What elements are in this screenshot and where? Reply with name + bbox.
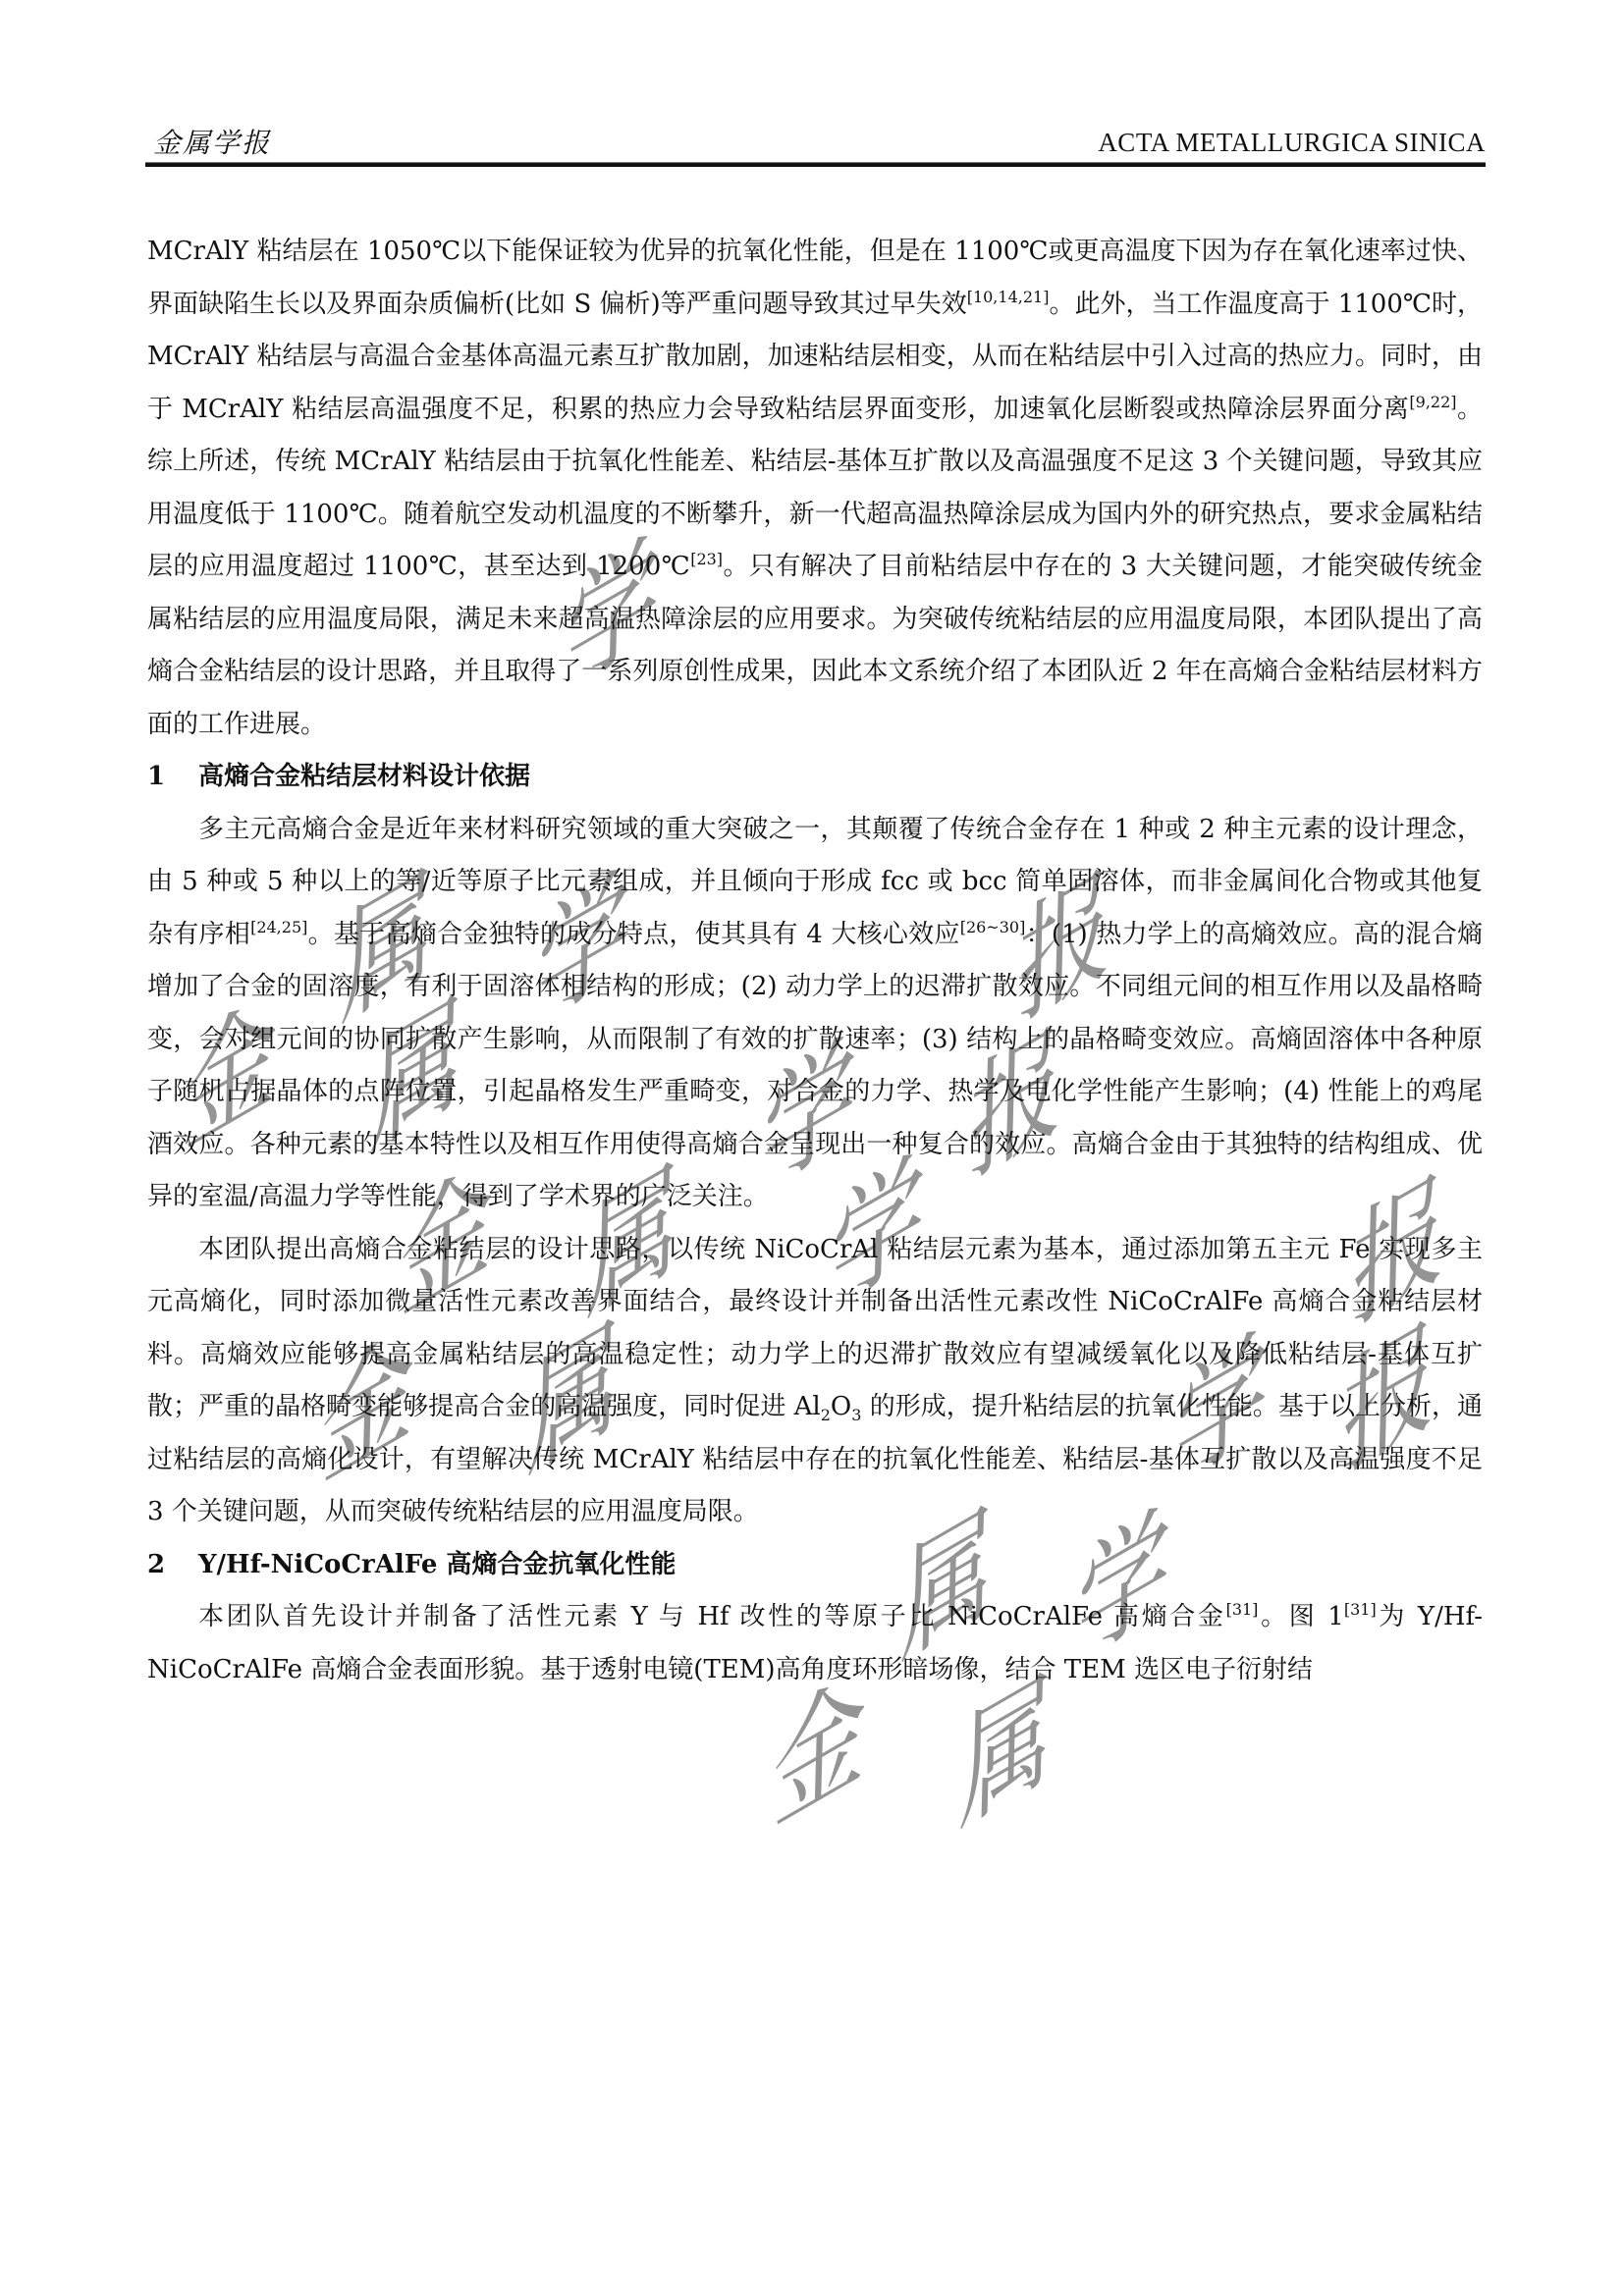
paragraph-text: 。基于高熵合金独特的成分特点，使其具有 4 大核心效应 (307, 920, 959, 949)
section-title: 高熵合金粘结层材料设计依据 (198, 762, 530, 791)
intro-paragraph: MCrAlY 粘结层在 1050℃以下能保证较为优异的抗氧化性能，但是在 110… (147, 226, 1483, 751)
section-number: 1 (147, 751, 198, 804)
section-title: Y/Hf-NiCoCrAlFe 高熵合金抗氧化性能 (198, 1550, 676, 1579)
citation[interactable]: [9,22] (1409, 393, 1456, 411)
paragraph-text: 。图 1 (1258, 1602, 1343, 1631)
section1-paragraph-2: 本团队提出高熵合金粘结层的设计思路，以传统 NiCoCrAl 粘结层元素为基本，… (147, 1224, 1483, 1539)
subscript: 3 (851, 1406, 861, 1424)
paragraph-text: ：(1) 热力学上的高熵效应。高的混合熵增加了合金的固溶度，有利于固溶体相结构的… (147, 920, 1483, 1212)
citation[interactable]: [31] (1344, 1600, 1377, 1619)
section-number: 2 (147, 1539, 198, 1592)
article-body: MCrAlY 粘结层在 1050℃以下能保证较为优异的抗氧化性能，但是在 110… (147, 226, 1483, 1696)
page-header: 金属学报 ACTA METALLURGICA SINICA (145, 118, 1486, 163)
paragraph-text: O (831, 1392, 851, 1421)
section1-paragraph-1: 多主元高熵合金是近年来材料研究领域的重大突破之一，其颠覆了传统合金存在 1 种或… (147, 804, 1483, 1224)
citation[interactable]: [23] (690, 550, 723, 568)
citation[interactable]: [10,14,21] (967, 288, 1050, 306)
paragraph-text: 本团队首先设计并制备了活性元素 Y 与 Hf 改性的等原子比 NiCoCrAlF… (198, 1602, 1226, 1631)
section-heading-2: 2Y/Hf-NiCoCrAlFe 高熵合金抗氧化性能 (147, 1539, 1483, 1592)
citation[interactable]: [26~30] (960, 918, 1026, 936)
citation[interactable]: [24,25] (250, 918, 307, 936)
section-heading-1: 1高熵合金粘结层材料设计依据 (147, 751, 1483, 804)
citation[interactable]: [31] (1226, 1600, 1259, 1619)
subscript: 2 (821, 1406, 831, 1424)
header-divider (145, 162, 1486, 167)
journal-title-en: ACTA METALLURGICA SINICA (1098, 128, 1486, 158)
journal-title-cn: 金属学报 (153, 122, 271, 161)
section2-paragraph-1: 本团队首先设计并制备了活性元素 Y 与 Hf 改性的等原子比 NiCoCrAlF… (147, 1591, 1483, 1696)
